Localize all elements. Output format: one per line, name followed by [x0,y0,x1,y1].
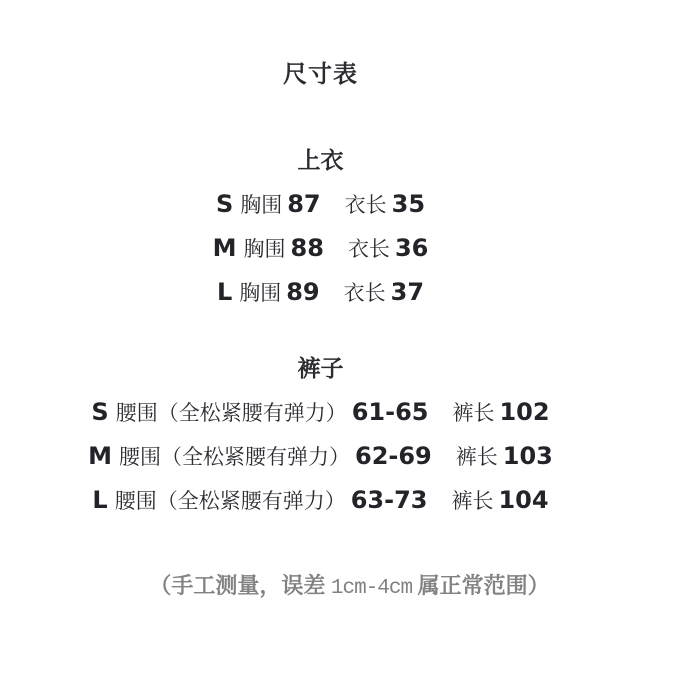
measure-value: 87 [287,190,320,218]
measure-value: 62-69 [355,442,432,470]
size-letter: M [213,234,237,262]
note-tolerance-range: 1cm-4cm [331,577,412,600]
measure-label: 腰围（全松紧腰有弹力） [116,401,347,425]
measure-value-2: 35 [392,190,425,218]
measure-label-2: 衣长 [344,281,386,305]
measure-label: 腰围（全松紧腰有弹力） [119,445,350,469]
note-prefix: （手工测量，误差 [149,573,331,598]
note-suffix: 属正常范围） [412,573,550,598]
measurement-note: （手工测量，误差 1cm-4cm 属正常范围） [0,575,699,599]
size-letter: S [216,190,233,218]
page-title: 尺寸表 [0,0,641,87]
measure-value-2: 103 [503,442,553,470]
size-letter: L [217,278,232,306]
measure-value: 61-65 [352,398,429,426]
size-chart: 尺寸表 上衣 S胸围87衣长35 M胸围88衣长36 L胸围89衣长37 裤子 … [0,0,699,513]
pants-row-m: M腰围（全松紧腰有弹力）62-69裤长103 [0,444,641,469]
measure-label: 胸围 [244,237,286,261]
measure-label: 腰围（全松紧腰有弹力） [115,489,346,513]
tops-row-s: S胸围87衣长35 [0,192,641,217]
measure-label-2: 衣长 [345,193,387,217]
section-pants: 裤子 S腰围（全松紧腰有弹力）61-65裤长102 M腰围（全松紧腰有弹力）62… [0,357,641,513]
measure-value-2: 102 [499,398,549,426]
measure-label-2: 裤长 [451,489,493,513]
measure-value: 88 [291,234,324,262]
tops-row-m: M胸围88衣长36 [0,236,641,261]
pants-row-s: S腰围（全松紧腰有弹力）61-65裤长102 [0,400,641,425]
measure-label: 胸围 [239,281,281,305]
measure-label-2: 裤长 [456,445,498,469]
size-letter: M [88,442,112,470]
section-tops: 上衣 S胸围87衣长35 M胸围88衣长36 L胸围89衣长37 [0,149,641,305]
pants-row-l: L腰围（全松紧腰有弹力）63-73裤长104 [0,488,641,513]
size-letter: S [91,398,108,426]
section-pants-heading: 裤子 [0,357,641,380]
size-letter: L [92,486,107,514]
measure-value-2: 36 [395,234,428,262]
tops-row-l: L胸围89衣长37 [0,280,641,305]
measure-value: 63-73 [351,486,428,514]
measure-label: 胸围 [240,193,282,217]
measure-value-2: 104 [498,486,548,514]
measure-label-2: 衣长 [348,237,390,261]
measure-value-2: 37 [391,278,424,306]
measure-label-2: 裤长 [452,401,494,425]
section-tops-heading: 上衣 [0,149,641,172]
measure-value: 89 [286,278,319,306]
